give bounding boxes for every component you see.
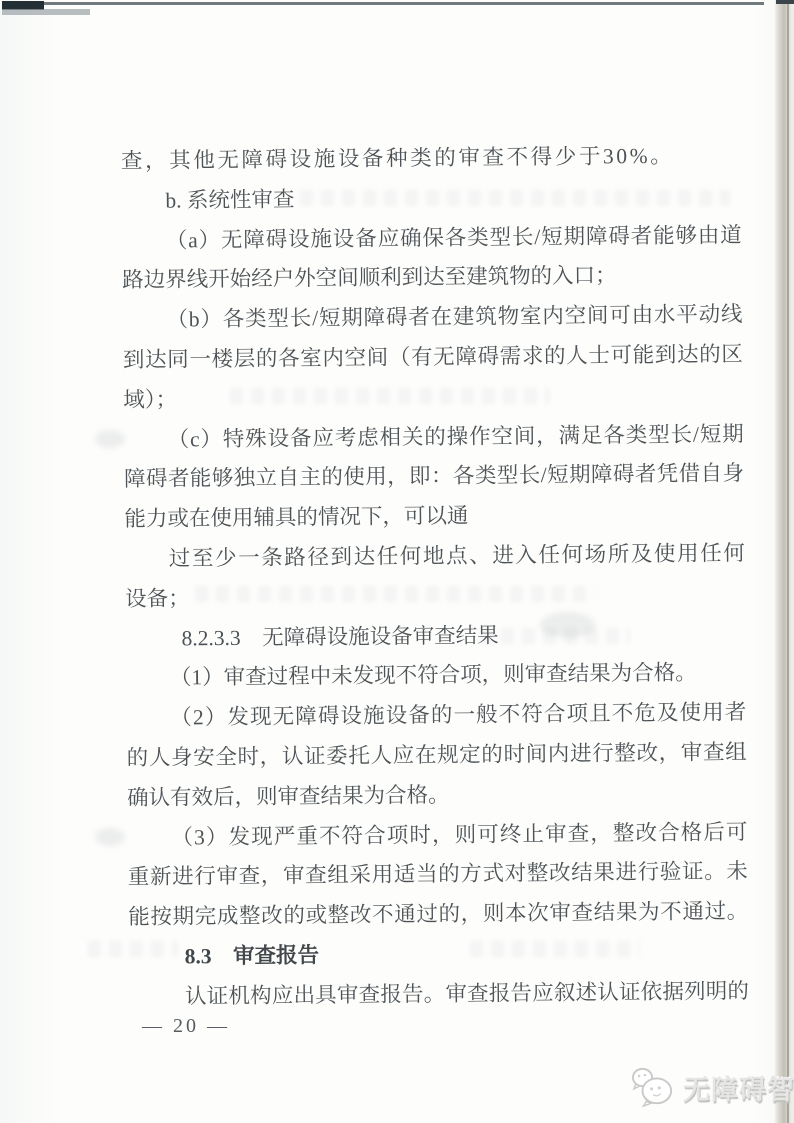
text-line: （3）发现严重不符合项时，则可终止审查，整改合格后可 [127,813,747,859]
text-line: （a）无障碍设施设备应确保各类型长/短期障碍者能够由道 [122,216,742,262]
text-line: 过至少一条路径到达任何地点、进入任何场所及使用任何 [125,534,745,580]
bleed-through-blob [95,430,125,448]
text-line: 障碍者能够独立自主的使用，即：各类型长/短期障碍者凭借自身 [124,454,744,500]
text-line-heading-8233: 8.2.3.3 无障碍设施设备审查结果 [125,614,745,660]
scan-artifact-top-line [14,2,764,5]
text-line: 域）； [123,375,743,421]
watermark: 无障碍智库 [630,1066,794,1108]
text-line: （b）各类型长/短期障碍者在建筑物室内空间可由水平动线 [122,295,742,341]
text-line: 能按期完成整改的或整改不通过的，则本次审查结果为不通过。 [128,892,748,938]
text-line: 确认有效后，则审查结果为合格。 [127,773,747,819]
text-line: 能力或在使用辅具的情况下，可以通 [124,494,744,540]
text-line: （c）特殊设备应考虑相关的操作空间，满足各类型长/短期 [123,415,743,461]
text-line-subheading: b. 系统性审查 [121,176,741,222]
bleed-through-blob [95,828,125,846]
text-line-heading-83: 8.3 审查报告 [128,932,748,978]
scan-artifact-right-line [787,0,789,1123]
text-line: 认证机构应出具审查报告。审查报告应叙述认证依据列明的 [129,972,749,1018]
page-number: — 20 — [142,1014,230,1038]
scan-artifact-corner-mark-light [2,9,90,15]
watermark-label: 无障碍智库 [683,1068,794,1107]
text-line: （2）发现无障碍设施设备的一般不符合项且不危及使用者 [126,693,746,739]
scan-artifact-right-strip [774,0,794,1123]
text-line: 重新进行审查，审查组采用适当的方式对整改结果进行验证。未 [128,852,748,898]
text-line: 设备； [125,574,745,620]
text-line: 的人身安全时，认证委托人应在规定的时间内进行整改，审查组 [127,733,747,779]
scan-artifact-right-cap [776,0,794,4]
document-body: 查，其他无障碍设施设备种类的审查不得少于30%。 b. 系统性审查 （a）无障碍… [121,136,749,1017]
scanned-document-page: 查，其他无障碍设施设备种类的审查不得少于30%。 b. 系统性审查 （a）无障碍… [0,0,794,1123]
text-line: 路边界线开始经户外空间顺利到达至建筑物的入口； [122,255,742,301]
text-line: 查，其他无障碍设施设备种类的审查不得少于30%。 [121,136,741,182]
speech-bubbles-logo-icon [630,1066,676,1108]
text-line: 到达同一楼层的各室内空间（有无障碍需求的人士可能到达的区 [123,335,743,381]
text-line: （1）审查过程中未发现不符合项，则审查结果为合格。 [126,653,746,699]
